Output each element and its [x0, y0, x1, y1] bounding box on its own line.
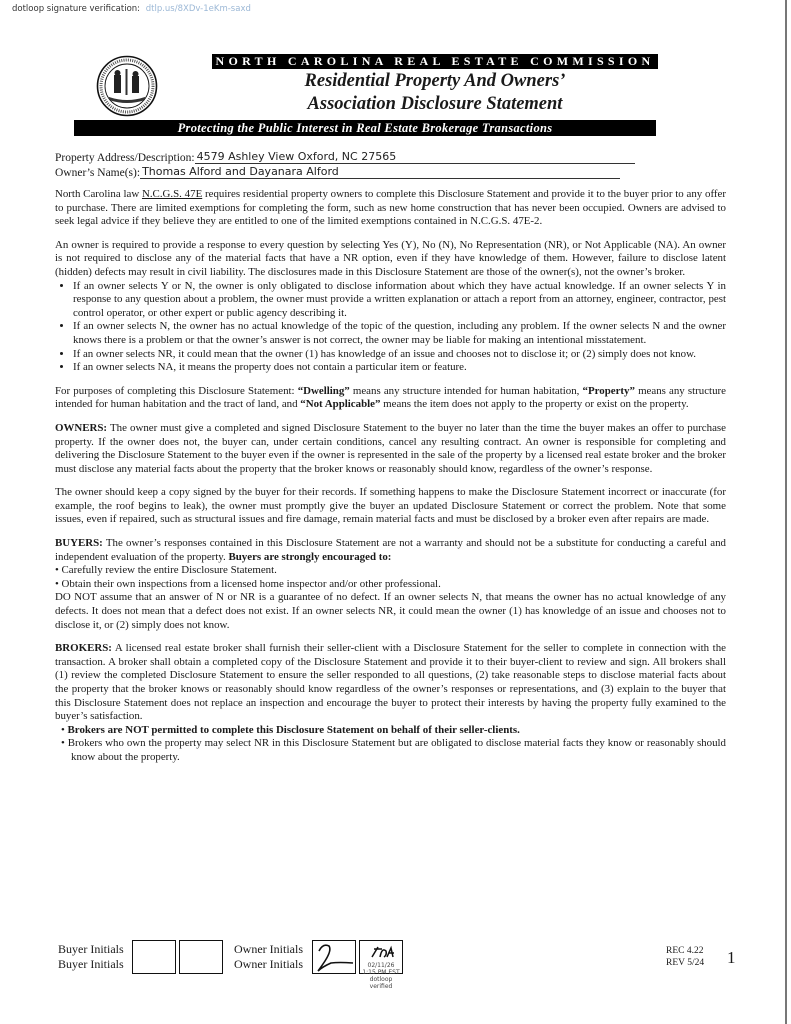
- owner-initials-label-2: Owner Initials: [234, 957, 303, 972]
- buyers-bullet-1-text: Carefully review the entire Disclosure S…: [62, 564, 277, 576]
- signature-verification: dotloop signature verification: dtlp.us/…: [12, 4, 251, 14]
- buyers-section: BUYERS: The owner’s responses contained …: [55, 537, 726, 632]
- bullet-nr: If an owner selects NR, it could mean th…: [73, 348, 726, 362]
- term-dwelling: “Dwelling”: [298, 385, 350, 397]
- bullet-n: If an owner selects N, the owner has no …: [73, 320, 726, 347]
- term-property: “Property”: [583, 385, 635, 397]
- buyers-bullet-1: • Carefully review the entire Disclosure…: [55, 564, 726, 578]
- document-title: Residential Property And Owners’ Associa…: [212, 70, 658, 116]
- brokers-bullet-bold: • Brokers are NOT permitted to complete …: [55, 724, 726, 738]
- owners-heading: OWNERS:: [55, 422, 107, 434]
- statute-link: N.C.G.S. 47E: [142, 188, 202, 200]
- buyer-initials-box-1[interactable]: [132, 940, 176, 974]
- owner-signature-1-icon: [313, 941, 357, 975]
- brokers-heading: BROKERS:: [55, 642, 112, 654]
- title-line-1: Residential Property And Owners’: [212, 70, 658, 93]
- form-code: REC 4.22: [666, 945, 704, 957]
- buyer-initials-box-2[interactable]: [179, 940, 223, 974]
- owner-name-field: Owner’s Name(s): Thomas Alford and Dayan…: [55, 165, 620, 179]
- initials-footer: Buyer Initials Buyer Initials Owner Init…: [58, 940, 738, 1000]
- buyers-heading: BUYERS:: [55, 537, 103, 549]
- scan-edge-line: [785, 0, 787, 1024]
- owners-paragraph: OWNERS: The owner must give a completed …: [55, 422, 726, 476]
- response-paragraph: An owner is required to provide a respon…: [55, 239, 726, 280]
- definitions-prefix: For purposes of completing this Disclosu…: [55, 385, 298, 397]
- tagline-banner: Protecting the Public Interest in Real E…: [74, 120, 656, 136]
- signature-time: 1:15 PM EST: [359, 969, 403, 976]
- definitions-paragraph: For purposes of completing this Disclosu…: [55, 385, 726, 412]
- nc-seal-icon: [96, 55, 158, 117]
- def-not-applicable: means the item does not apply to the pro…: [380, 398, 688, 410]
- owner-name-value[interactable]: Thomas Alford and Dayanara Alford: [140, 165, 620, 179]
- brokers-bullet-normal-text: Brokers who own the property may select …: [68, 737, 726, 763]
- buyers-bullet-2: • Obtain their own inspections from a li…: [55, 578, 726, 592]
- buyers-warning: DO NOT assume that an answer of N or NR …: [55, 591, 726, 632]
- buyer-initials-label-2: Buyer Initials: [58, 957, 124, 972]
- def-dwelling: means any structure intended for human h…: [350, 385, 583, 397]
- term-not-applicable: “Not Applicable”: [300, 398, 380, 410]
- bullet-na: If an owner selects NA, it means the pro…: [73, 361, 726, 375]
- bullet-y-or-n: If an owner selects Y or N, the owner is…: [73, 280, 726, 321]
- response-bullets: If an owner selects Y or N, the owner is…: [55, 280, 726, 375]
- brokers-section: BROKERS: A licensed real estate broker s…: [55, 642, 726, 764]
- brokers-bullet-bold-text: Brokers are NOT permitted to complete th…: [68, 724, 520, 736]
- brokers-paragraph: BROKERS: A licensed real estate broker s…: [55, 642, 726, 724]
- buyer-initials-label-1: Buyer Initials: [58, 942, 124, 957]
- property-address-value[interactable]: 4579 Ashley View Oxford, NC 27565: [195, 150, 635, 164]
- buyers-emphasis: Buyers are strongly encouraged to:: [228, 551, 391, 563]
- verification-link[interactable]: dtlp.us/8XDv-1eKm-saxd: [146, 4, 251, 14]
- brokers-bullet-normal: • Brokers who own the property may selec…: [55, 737, 726, 764]
- intro-paragraph: North Carolina law N.C.G.S. 47E requires…: [55, 188, 726, 229]
- buyers-paragraph: BUYERS: The owner’s responses contained …: [55, 537, 726, 564]
- intro-prefix: North Carolina law: [55, 188, 142, 200]
- property-address-field: Property Address/Description: 4579 Ashle…: [55, 150, 635, 164]
- form-revision: REC 4.22 REV 5/24: [666, 945, 704, 969]
- signature-stamp: 02/11/26 1:15 PM EST dotloop verified: [359, 962, 403, 990]
- buyers-bullet-2-text: Obtain their own inspections from a lice…: [62, 578, 441, 590]
- disclosure-body: North Carolina law N.C.G.S. 47E requires…: [55, 188, 726, 765]
- revision-date: REV 5/24: [666, 957, 704, 969]
- page-number: 1: [727, 948, 736, 968]
- signature-verified: dotloop verified: [359, 976, 403, 990]
- owner-initials-labels: Owner Initials Owner Initials: [234, 942, 303, 972]
- verification-label: dotloop signature verification:: [12, 4, 140, 14]
- title-line-2: Association Disclosure Statement: [212, 93, 658, 116]
- owner-initials-label-1: Owner Initials: [234, 942, 303, 957]
- brokers-text: A licensed real estate broker shall furn…: [55, 642, 726, 722]
- signature-date: 02/11/26: [359, 962, 403, 969]
- owner-name-label: Owner’s Name(s):: [55, 167, 140, 179]
- agency-banner: NORTH CAROLINA REAL ESTATE COMMISSION: [212, 54, 658, 69]
- buyer-initials-labels: Buyer Initials Buyer Initials: [58, 942, 124, 972]
- copy-paragraph: The owner should keep a copy signed by t…: [55, 486, 726, 527]
- owners-text: The owner must give a completed and sign…: [55, 422, 726, 475]
- property-address-label: Property Address/Description:: [55, 152, 195, 164]
- owner-initials-box-1[interactable]: [312, 940, 356, 974]
